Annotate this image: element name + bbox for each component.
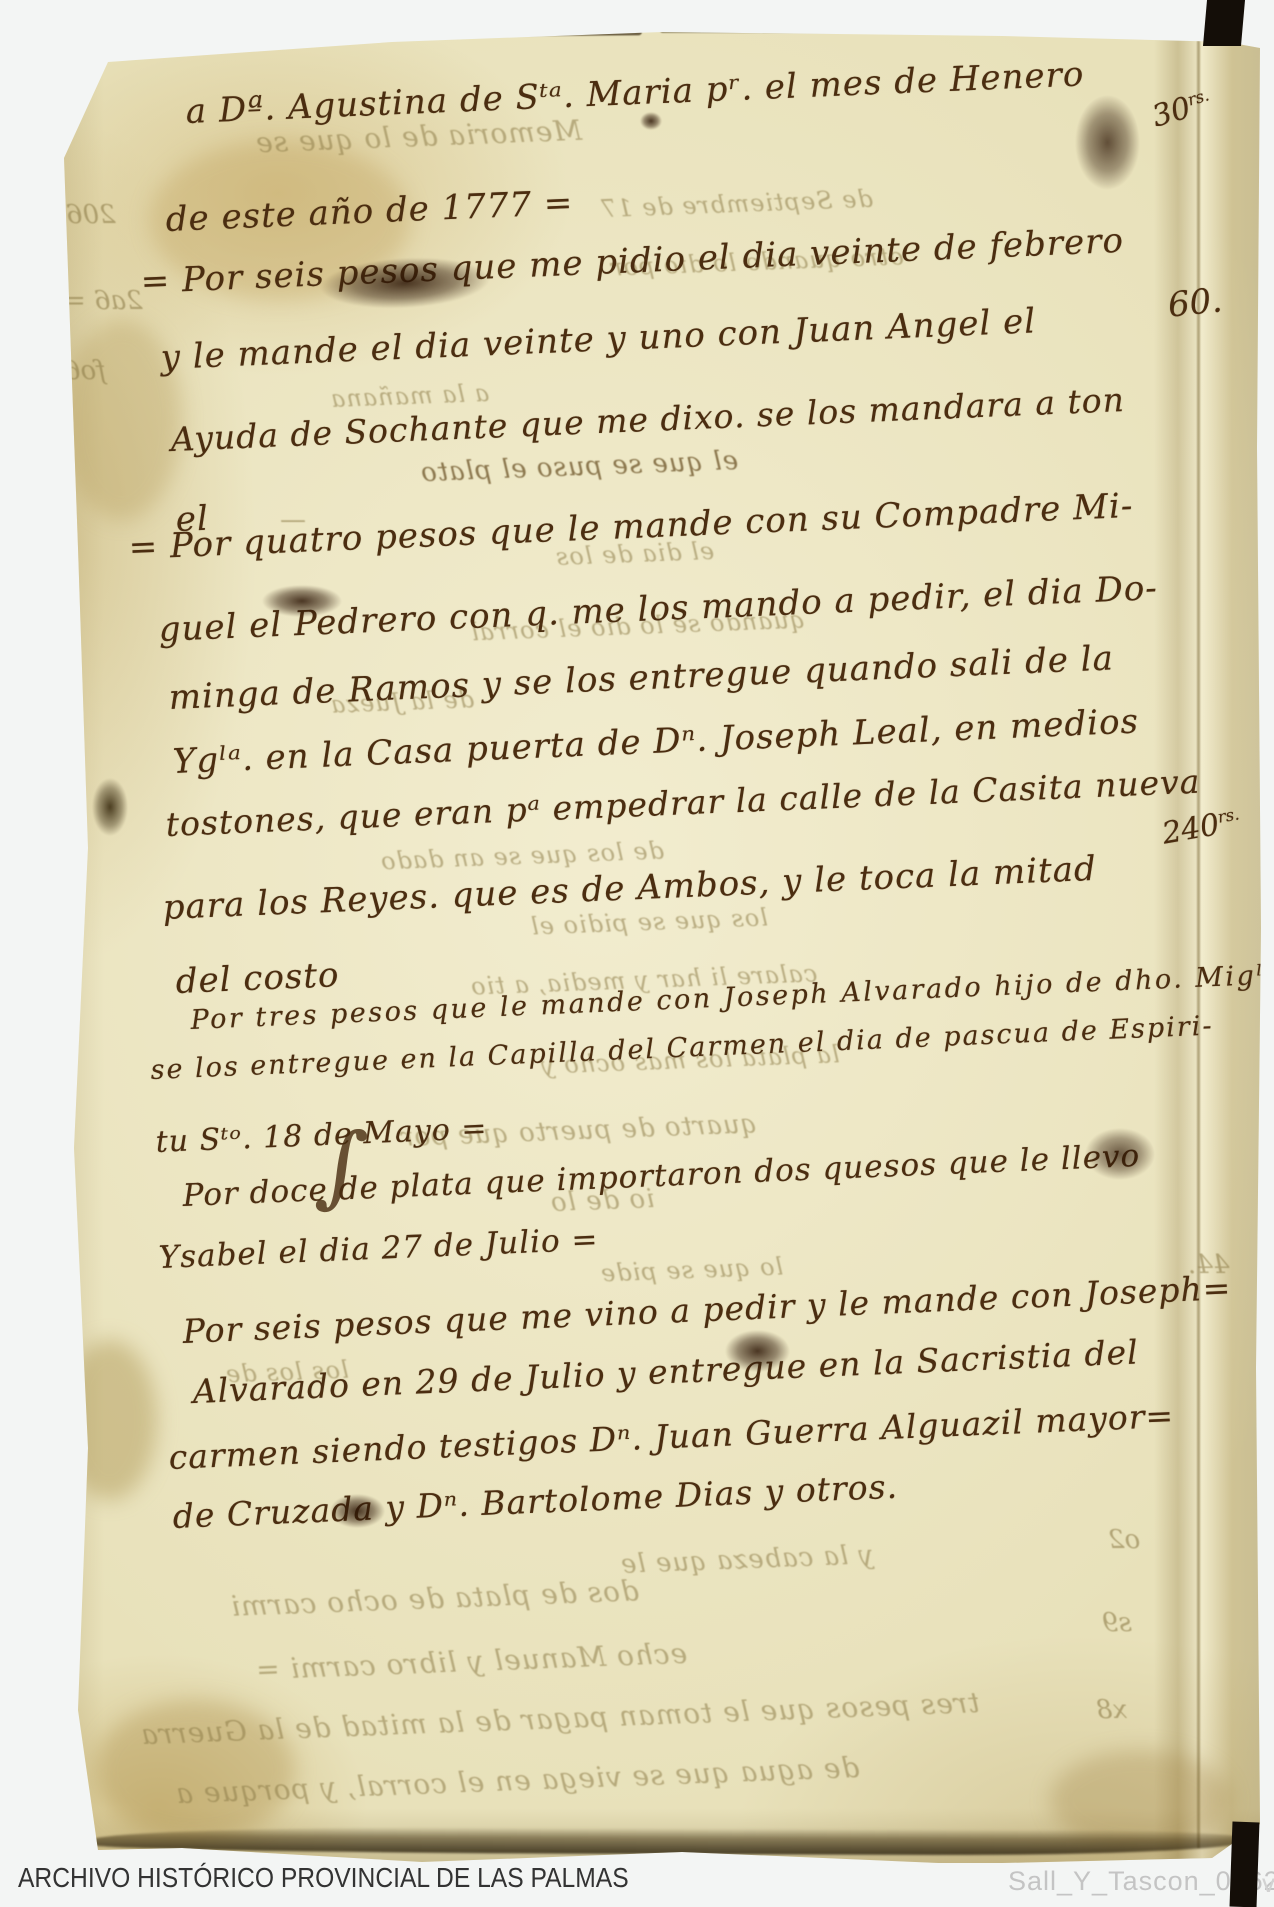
bleedthrough-line: lo que se pide [600,1252,784,1287]
bleedthrough-margin-mark: 2a6 = [64,286,143,316]
manuscript-page: Memoria de lo que se de Septiembre de 17… [62,28,1262,1863]
manuscript-line: Ysabel el dia 27 de Julio = [158,1222,599,1276]
paper-edge-shadow [162,28,642,38]
margin-amount: 30rs. [1148,84,1215,134]
manuscript-line: de Cruzada y Dⁿ. Bartolome Dias y otros. [172,1467,899,1536]
amount-unit: rs. [1216,804,1241,826]
reference-code-suffix: v [1262,1868,1274,1899]
bleedthrough-line: echo Manuel y libro carmi = [255,1637,688,1687]
manuscript-line: y le mande el dia veinte y uno con Juan … [160,301,1037,378]
ink-blot [92,778,128,836]
margin-amount: 240rs. [1160,803,1244,851]
amount-value: 240 [1160,807,1222,851]
bleedthrough-margin-mark: fo6 [64,356,106,386]
paper-edge-shadow [92,1826,1252,1856]
paper-stain [62,1340,157,1500]
bleedthrough-margin-mark: s9 [1102,1608,1132,1638]
ink-blot [1075,95,1140,190]
manuscript-line: minga de Ramos y se los entregue quando … [168,638,1115,718]
bleedthrough-line: tres pesos que le toman pagar de la mita… [140,1686,980,1751]
ink-blot [725,1330,790,1372]
bleedthrough-line: y la cabeza que le [620,1540,874,1580]
bleedthrough-line: de Septiembre de 17 [600,185,874,223]
bleedthrough-line: el que se puso el plato [420,446,739,488]
ink-blot [640,112,662,130]
manuscript-line: Ayuda de Sochante que me dixo. se los ma… [170,380,1126,459]
archive-caption: ARCHIVO HISTÓRICO PROVINCIAL DE LAS PALM… [18,1862,629,1894]
bleedthrough-line: dos de plata de ocho carmi [230,1574,640,1623]
ink-blot [330,1494,385,1528]
binding-strip [1203,0,1245,46]
manuscript-line: carmen siendo testigos Dⁿ. Juan Guerra A… [168,1396,1175,1477]
margin-amount: 60. [1166,280,1224,325]
manuscript-line: del costo [175,955,340,1002]
paper-edge-shadow [660,28,1100,33]
amount-value: 60. [1166,280,1224,325]
ink-blot [262,585,342,617]
manuscript-line: a Dª. Agustina de Sᵗᵃ. Maria pʳ. el mes … [185,54,1085,132]
bleedthrough-margin-mark: x8 [1096,1695,1127,1725]
bleedthrough-margin-mark: o2 [1108,1525,1140,1555]
binding-strip [1230,1822,1260,1907]
amount-unit: rs. [1185,85,1211,109]
ink-blot [1085,1128,1155,1180]
bleedthrough-margin-mark: 206 [66,200,116,230]
